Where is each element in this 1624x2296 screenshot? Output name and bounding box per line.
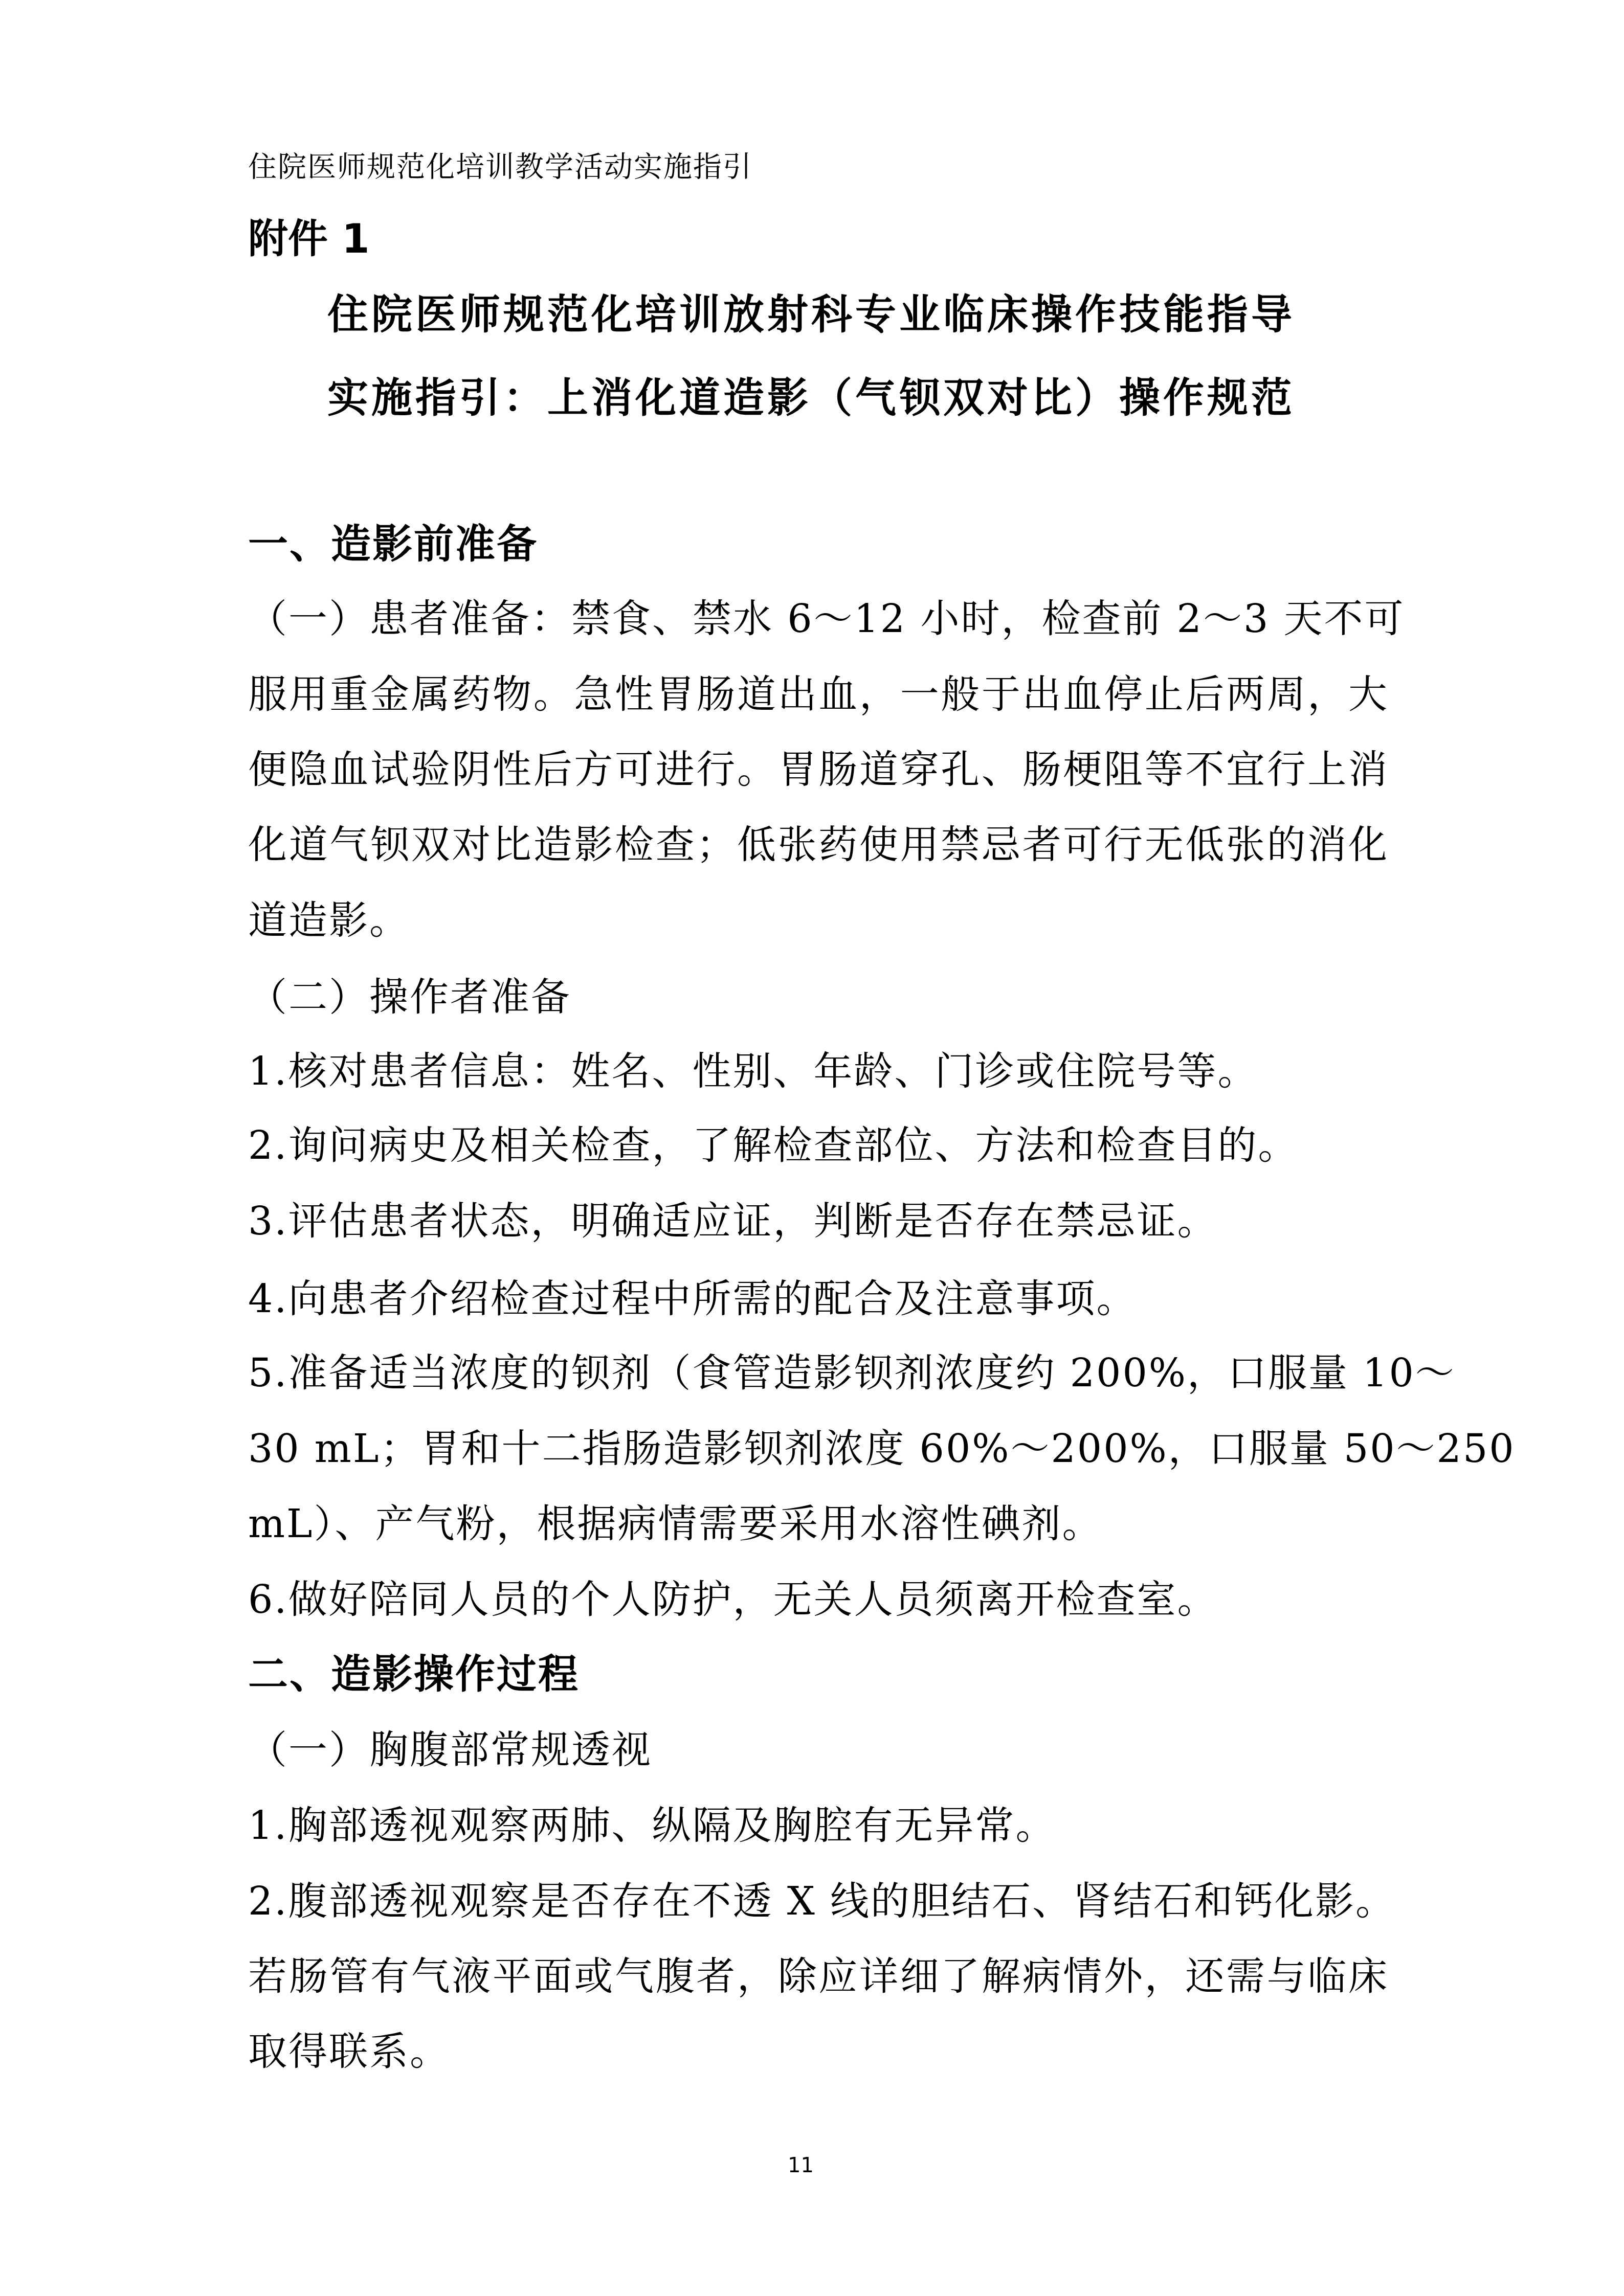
list-item-2-cont: 取得联系。	[248, 2026, 450, 2077]
list-item-2-cont: 若肠管有气液平面或气腹者，除应详细了解病情外，还需与临床	[248, 1951, 1389, 2002]
paragraph-line: （一）患者准备：禁食、禁水 6～12 小时，检查前 2～3 天不可	[248, 593, 1389, 644]
subsection-title: （一）胸腹部常规透视	[248, 1724, 652, 1775]
list-item-6: 6.做好陪同人员的个人防护，无关人员须离开检查室。	[248, 1574, 1218, 1625]
paragraph-line: 道造影。	[248, 895, 410, 946]
document-page: 住院医师规范化培训教学活动实施指引 附件 1 住院医师规范化培训放射科专业临床操…	[0, 0, 1624, 2296]
list-item-2: 2.询问病史及相关检查，了解检查部位、方法和检查目的。	[248, 1120, 1299, 1171]
paragraph-line: 服用重金属药物。急性胃肠道出血，一般于出血停止后两周，大	[248, 669, 1389, 720]
document-title-line-2: 实施指引：上消化道造影（气钡双对比）操作规范	[327, 372, 1453, 423]
paragraph-line: 便隐血试验阴性后方可进行。胃肠道穿孔、肠梗阻等不宜行上消	[248, 744, 1389, 795]
list-item-1: 1.核对患者信息：姓名、性别、年龄、门诊或住院号等。	[248, 1046, 1258, 1097]
list-item-5-cont: 30 mL；胃和十二指肠造影钡剂浓度 60%～200%，口服量 50～250	[248, 1423, 1389, 1474]
list-item-3: 3.评估患者状态，明确适应证，判断是否存在禁忌证。	[248, 1196, 1218, 1247]
list-item-2: 2.腹部透视观察是否存在不透 X 线的胆结石、肾结石和钙化影。	[248, 1876, 1389, 1927]
subsection-title: （二）操作者准备	[248, 972, 571, 1023]
list-item-5-cont: mL）、产气粉，根据病情需要采用水溶性碘剂。	[248, 1498, 1103, 1549]
page-number: 11	[788, 2153, 814, 2178]
running-header: 住院医师规范化培训教学活动实施指引	[248, 149, 752, 185]
list-item-5: 5.准备适当浓度的钡剂（食管造影钡剂浓度约 200%，口服量 10～	[248, 1347, 1389, 1399]
paragraph-line: 化道气钡双对比造影检查；低张药使用禁忌者可行无低张的消化	[248, 819, 1389, 870]
list-item-4: 4.向患者介绍检查过程中所需的配合及注意事项。	[248, 1273, 1137, 1324]
document-title-line-1: 住院医师规范化培训放射科专业临床操作技能指导	[327, 289, 1453, 340]
section-heading-2: 二、造影操作过程	[248, 1649, 580, 1700]
attachment-label: 附件 1	[248, 214, 369, 265]
section-heading-1: 一、造影前准备	[248, 519, 538, 570]
list-item-1: 1.胸部透视观察两肺、纵隔及胸腔有无异常。	[248, 1800, 1056, 1851]
